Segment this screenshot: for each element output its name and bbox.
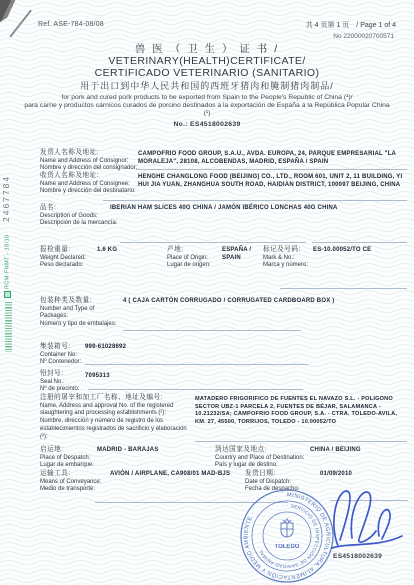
- field-despatch-label: 启运地: Place of Despatch: Lugar de embarqu…: [40, 446, 95, 470]
- label-en: Country and Place of Destination:: [215, 455, 307, 463]
- subtitle-es: para carne y productos cárnicos curados …: [21, 102, 393, 118]
- divider-line: [123, 330, 301, 331]
- divider-line: [103, 200, 407, 201]
- field-origin-value: ESPAÑA / SPAIN: [222, 246, 260, 262]
- fnmt-text: RCM·FNMT - 10/10: [5, 234, 11, 289]
- field-consignor-value: CAMPOFRIO FOOD GROUP, S.A.U., AVDA. EURO…: [138, 150, 404, 166]
- label-en: Place of Despatch:: [40, 455, 95, 463]
- label-zh: 到达国家及地点:: [215, 446, 307, 455]
- label-en: Mark & No.:: [263, 255, 311, 263]
- pagination: 共 4 页第 1 页 / Page 1 of 4: [306, 20, 396, 30]
- field-seal-value: 7095313: [85, 372, 175, 380]
- divider-line: [280, 288, 407, 289]
- label-es: Lugar de embarque:: [40, 462, 95, 470]
- field-goods-value: IBERIAN HAM SLICES 40G CHINA / JAMÓN IBÉ…: [110, 204, 400, 212]
- label-zh: 标记及号码:: [263, 246, 311, 255]
- field-consignor-label: 发货人名称及地址: Name and Address of Consignor:…: [40, 149, 140, 173]
- divider-line: [195, 441, 407, 442]
- doc-number: No 22000020700571: [333, 33, 394, 40]
- label-en: Name and Address of Consignor:: [40, 158, 140, 166]
- label-en: Place of Origin:: [167, 255, 219, 263]
- label-zh: 产地:: [167, 246, 219, 255]
- stamp-ring-inner-text: · SERVICIO DE INSPECCIÓN DE SANIDAD ANIM…: [256, 503, 320, 569]
- divider-line: [85, 364, 308, 365]
- label-zh: 运输工具:: [40, 470, 102, 479]
- label-es: Nº de precinto:: [40, 386, 95, 394]
- svg-text:· SERVICIO DE INSPECCIÓN DE SA: · SERVICIO DE INSPECCIÓN DE SANIDAD ANIM…: [256, 503, 320, 569]
- title-es: CERTIFICADO VETERINARIO (SANITARIO): [0, 67, 414, 79]
- label-en: Name, Address and approval No. of the re…: [40, 403, 188, 419]
- field-consignee-value: HENGHE CHANGLONG FOOD (BEIJING) CO., LTD…: [138, 173, 404, 189]
- label-zh: 包装种类及数量:: [40, 297, 120, 306]
- field-packages-label: 包装种类及数量: Number and Type of Packages: Nú…: [40, 297, 120, 329]
- field-container-value: 999-61028692: [85, 343, 175, 351]
- label-zh: 注册的屠宰和加工厂名称、地址及编号:: [40, 394, 188, 403]
- field-conveyance-value: AVIÓN / AIRPLANE, CA908/01 MAD-BJS: [110, 470, 240, 478]
- label-es: Nombre, dirección y número de registro d…: [40, 418, 188, 441]
- label-es: Peso declarado:: [40, 262, 95, 270]
- signature: [318, 478, 413, 558]
- field-despatch-value: MADRID - BARAJAS: [97, 446, 187, 454]
- divider-line: [312, 242, 407, 243]
- fnmt-logo-icon: [4, 291, 11, 298]
- divider-line: [136, 169, 407, 170]
- label-es: País y lugar de destino:: [215, 462, 307, 470]
- title-block: 兽 医 （ 卫 生 ） 证 书 / VETERINARY(HEALTH)CERT…: [0, 43, 414, 118]
- field-packages-value: 4 ( CAJA CARTÓN CORRUGADO / CORRUGATED C…: [123, 297, 353, 305]
- margin-serial-number: 2467784: [1, 150, 11, 222]
- field-weight-label: 报检重量: Weight Declared: Peso declarado:: [40, 246, 95, 270]
- field-consignee-label: 收货人名称及地址: Name and Address of Consignee:…: [40, 172, 140, 196]
- divider-line: [120, 242, 306, 243]
- certificate-number: No.: ES4518002639: [0, 121, 414, 128]
- field-establishments-label: 注册的屠宰和加工厂名称、地址及编号: Name, Address and app…: [40, 394, 188, 442]
- label-es: Medio de transporte:: [40, 486, 102, 494]
- label-zh: 启运地:: [40, 446, 95, 455]
- field-establishments-value: MATADERO FRIGORIFICO DE FUENTES EL NAVAZ…: [195, 396, 409, 426]
- label-es: Número y tipo de embalajes:: [40, 321, 120, 329]
- field-weight-value: 1.6 KG: [97, 246, 147, 254]
- label-en: Name and Address of Consignee:: [40, 181, 140, 189]
- label-en: Weight Declared:: [40, 255, 95, 263]
- label-zh: 发货人名称及地址:: [40, 149, 140, 158]
- label-es: Descripción de la mercancía:: [40, 220, 140, 228]
- field-conveyance-label: 运输工具: Means of Conveyance: Medio de tran…: [40, 470, 102, 494]
- label-es: Marca y número:: [263, 262, 311, 270]
- ref-number: Ref. ASE-784-08/08: [38, 21, 104, 28]
- label-en: Means of Conveyance:: [40, 479, 102, 487]
- subtitle-zh: 用于出口到中华人民共和国的西班牙猪肉和腌制猪肉制品/: [0, 81, 414, 91]
- field-destination-label: 到达国家及地点: Country and Place of Destinatio…: [215, 446, 307, 470]
- divider-line: [88, 389, 303, 390]
- label-zh: 报检重量:: [40, 246, 95, 255]
- field-origin-label: 产地: Place of Origin: Lugar de origen:: [167, 246, 219, 270]
- label-es: Nombre y dirección del destinatario:: [40, 188, 140, 196]
- label-en: Description of Goods:: [40, 213, 140, 221]
- label-zh: 收货人名称及地址:: [40, 172, 140, 181]
- field-mark-label: 标记及号码: Mark & No.: Marca y número:: [263, 246, 311, 270]
- label-zh: 发货日期:: [245, 470, 313, 479]
- margin-printer-mark: RCM·FNMT - 10/10: [4, 226, 11, 298]
- stamp-center-text: TOLEDO: [275, 544, 300, 550]
- margin-barcode: [5, 302, 12, 352]
- field-destination-value: CHINA / BEIJING: [310, 446, 400, 454]
- footer-certificate-number: ES4518002639: [333, 553, 382, 560]
- label-es: Lugar de origen:: [167, 262, 219, 270]
- title-zh: 兽 医 （ 卫 生 ） 证 书 /: [0, 43, 414, 55]
- subtitle-en: for pork and cured pork products to be e…: [0, 94, 414, 102]
- title-en: VETERINARY(HEALTH)CERTIFICATE/: [0, 55, 414, 67]
- field-mark-value: ES-10.00052/TO CE: [313, 246, 405, 254]
- field-dispatch-date-value: 01/09/2010: [320, 470, 380, 478]
- certificate-page: Ref. ASE-784-08/08 共 4 页第 1 页 / Page 1 o…: [0, 0, 414, 585]
- label-en: Number and Type of Packages:: [40, 306, 120, 322]
- coat-of-arms-icon: [281, 519, 293, 537]
